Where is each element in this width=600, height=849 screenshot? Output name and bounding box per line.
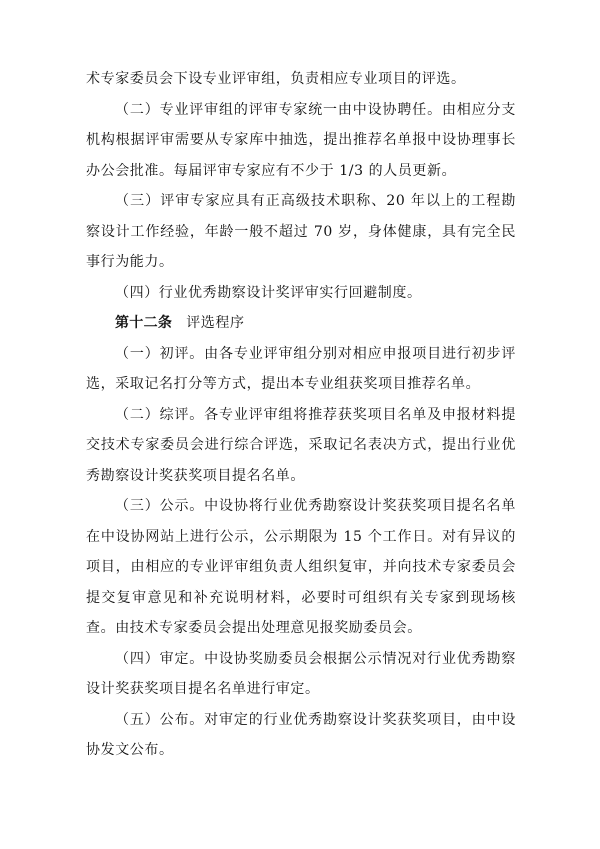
paragraph-expert-appointment: （二）专业评审组的评审专家统一由中设协聘任。由相应分支机构根据评审需要从专家库中… (86, 95, 516, 187)
paragraph-approval: （四）审定。中设协奖励委员会根据公示情况对行业优秀勘察设计奖获奖项目提名名单进行… (86, 644, 516, 705)
paragraph-recusal: （四）行业优秀勘察设计奖评审实行回避制度。 (86, 278, 516, 309)
paragraph-public-notice: （三）公示。中设协将行业优秀勘察设计奖获奖项目提名名单在中设协网站上进行公示，公… (86, 491, 516, 644)
paragraph-announcement: （五）公布。对审定的行业优秀勘察设计奖获奖项目，由中设协发文公布。 (86, 705, 516, 766)
paragraph-initial-review: （一）初评。由各专业评审组分别对相应申报项目进行初步评选，采取记名打分等方式，提… (86, 339, 516, 400)
paragraph-expert-qualifications: （三）评审专家应具有正高级技术职称、20 年以上的工程勘察设计工作经验，年龄一般… (86, 186, 516, 278)
article-heading: 第十二条评选程序 (86, 308, 516, 339)
document-page: 术专家委员会下设专业评审组，负责相应专业项目的评选。 （二）专业评审组的评审专家… (86, 64, 516, 766)
paragraph-continuation: 术专家委员会下设专业评审组，负责相应专业项目的评选。 (86, 64, 516, 95)
article-number: 第十二条 (115, 315, 172, 331)
paragraph-comprehensive-review: （二）综评。各专业评审组将推荐获奖项目名单及申报材料提交技术专家委员会进行综合评… (86, 400, 516, 492)
article-title: 评选程序 (186, 315, 244, 331)
